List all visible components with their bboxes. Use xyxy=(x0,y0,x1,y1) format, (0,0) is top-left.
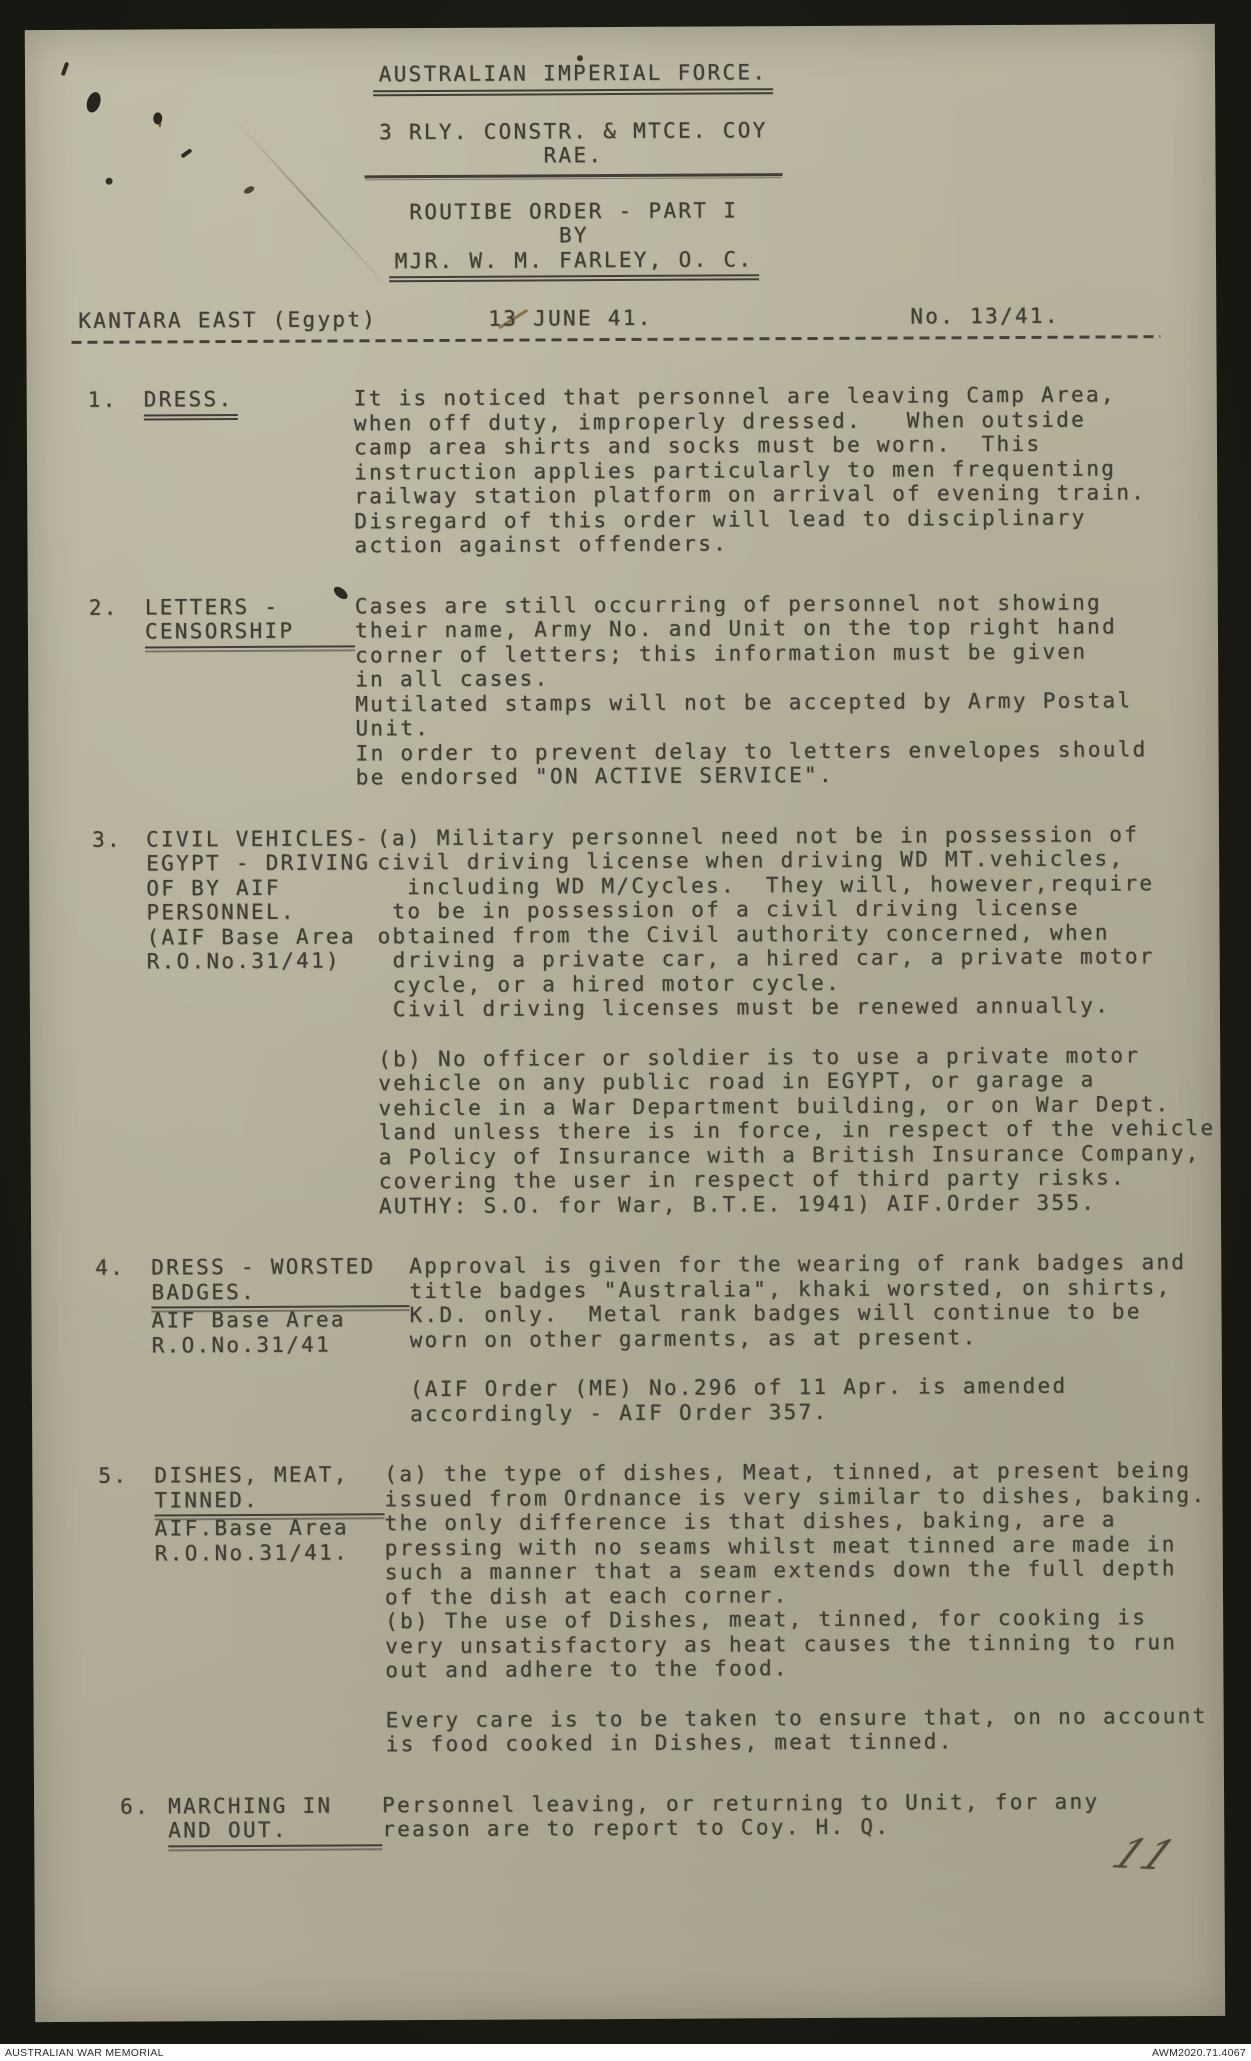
orders-list: 1. DRESS. It is noticed that personnel a… xyxy=(27,382,1225,1848)
document-header: AUSTRALIAN IMPERIAL FORCE. 3 RLY. CONSTR… xyxy=(173,59,974,279)
place-label: KANTARA EAST (Egypt) xyxy=(78,307,377,333)
order-number: 4. xyxy=(95,1255,152,1427)
unit-sub-line: RAE. xyxy=(173,141,973,170)
order-body: Cases are still occurring of personnel n… xyxy=(355,589,1219,790)
order-heading: MARCHING INAND OUT. xyxy=(168,1793,382,1847)
officer-name: MJR. W. M. FARLEY, O. C. xyxy=(174,246,974,280)
order-body: Personnel leaving, or returning to Unit,… xyxy=(382,1788,1224,1845)
catalog-number: AWM2020.71.4067 xyxy=(1152,2047,1246,2059)
typed-content: AUSTRALIAN IMPERIAL FORCE. 3 RLY. CONSTR… xyxy=(25,24,1225,1848)
order-body: Approval is given for the wearing of ran… xyxy=(409,1250,1222,1426)
archive-name: AUSTRALIAN WAR MEMORIAL xyxy=(5,2047,164,2059)
archive-footer-bar: AUSTRALIAN WAR MEMORIAL AWM2020.71.4067 xyxy=(0,2044,1251,2061)
officer-name-text: MJR. W. M. FARLEY, O. C. xyxy=(389,247,760,278)
order-heading: CIVIL VEHICLES-EGYPT - DRIVINGOF BY AIFP… xyxy=(146,826,379,1220)
order-heading: DRESS. xyxy=(144,386,355,559)
order-body: (a) the type of dishes, Meat, tinned, at… xyxy=(384,1458,1224,1757)
order-item: 4. DRESS - WORSTEDBADGES.AIF Base AreaR.… xyxy=(31,1250,1222,1428)
order-number: 5. xyxy=(98,1463,156,1758)
org-title: AUSTRALIAN IMPERIAL FORCE. xyxy=(173,59,973,93)
order-item: 2. LETTERS -CENSORSHIP Cases are still o… xyxy=(28,589,1219,791)
order-item: 5. DISHES, MEAT,TINNED.AIF.Base AreaR.O.… xyxy=(32,1458,1224,1759)
org-title-text: AUSTRALIAN IMPERIAL FORCE. xyxy=(373,60,774,92)
document-page: AUSTRALIAN IMPERIAL FORCE. 3 RLY. CONSTR… xyxy=(25,24,1225,2022)
order-number-ref: No. 13/41. xyxy=(910,304,1060,329)
dashed-separator xyxy=(71,335,1160,344)
order-body: (a) Military personnel need not be in po… xyxy=(377,821,1221,1218)
unit-rule xyxy=(365,173,783,178)
date-value: 13 JUNE 41. xyxy=(488,306,653,331)
order-item: 1. DRESS. It is noticed that personnel a… xyxy=(27,382,1218,560)
order-number: 2. xyxy=(89,595,146,791)
date-row: KANTARA EAST (Egypt) 13 JUNE 41. No. 13/… xyxy=(26,303,1216,334)
order-body: It is noticed that personnel are leaving… xyxy=(354,382,1218,558)
order-heading: DRESS - WORSTEDBADGES.AIF Base AreaR.O.N… xyxy=(151,1254,410,1427)
order-number: 1. xyxy=(88,388,145,560)
order-heading: LETTERS -CENSORSHIP xyxy=(145,594,356,791)
order-number: 3. xyxy=(92,827,148,1220)
order-number: 6. xyxy=(120,1794,168,1847)
order-heading: DISHES, MEAT,TINNED.AIF.Base AreaR.O.No.… xyxy=(154,1462,386,1758)
order-item: 6. MARCHING INAND OUT. Personnel leaving… xyxy=(34,1788,1224,1847)
order-item: 3. CIVIL VEHICLES-EGYPT - DRIVINGOF BY A… xyxy=(29,821,1221,1220)
